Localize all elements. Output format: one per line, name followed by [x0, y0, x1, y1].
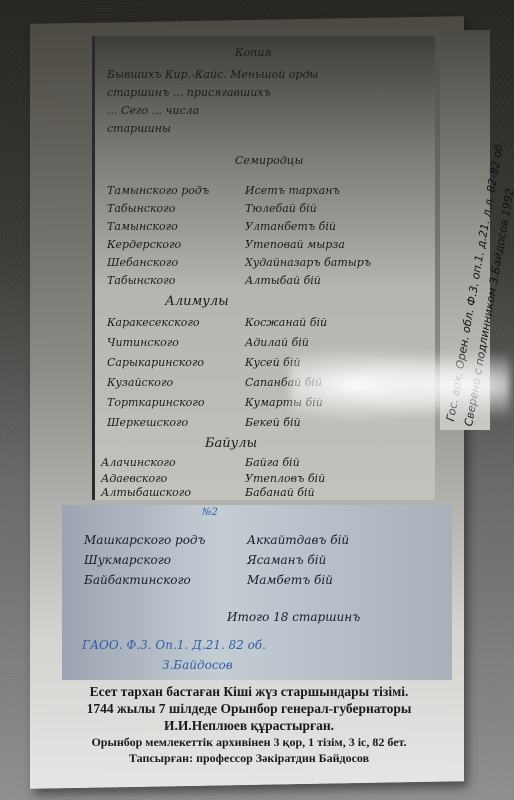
caption-line: 1744 жылы 7 шілдеде Орынбор генерал-губе… [34, 700, 464, 717]
doc-row-left: Торткаринского [107, 396, 204, 409]
doc-row-left: Каракесекского [107, 316, 200, 329]
doc-intro-line: Бывшихъ Кир.-Кайс. Меньшой орды [107, 68, 318, 81]
document-photo-bottom: №2 Машкарского родъ Аккайтдавъ бій Шукма… [62, 505, 452, 680]
doc-subheading: Байулы [205, 436, 257, 451]
doc-row-right: Утепловъ бій [245, 472, 325, 485]
doc-row-left: Машкарского родъ [84, 533, 206, 547]
doc-row-left: Кузайского [107, 376, 173, 389]
doc-total: Итого 18 старшинъ [227, 610, 360, 624]
doc-row-right: Косжанай бій [245, 316, 327, 329]
doc-row-left: Шебанского [107, 256, 178, 269]
doc-row-left: Табынского [107, 274, 175, 287]
doc-row-right: Тюлебай бій [245, 202, 317, 215]
doc-row-left: Шукмарского [84, 553, 171, 567]
doc-row-left: Байбактинского [84, 573, 191, 587]
doc-row-right: Аккайтдавъ бій [247, 533, 349, 547]
doc-row-right: Байга бій [245, 456, 300, 469]
archive-reference: ГАОО. Ф.3. Оп.1. Д.21. 82 об. [82, 638, 266, 652]
doc-intro-line: старшинъ ... присягавшихъ [107, 86, 271, 99]
exhibit-caption: Есет тархан бастаған Кіші жүз старшындар… [34, 683, 464, 766]
doc-intro-line: старшины [107, 122, 171, 135]
doc-row-right: Утеповай мырза [245, 238, 345, 251]
caption-line: И.И.Неплюев құрастырған. [34, 717, 464, 734]
document-photo-top: Копия Бывшихъ Кир.-Кайс. Меньшой орды ст… [92, 36, 435, 500]
doc-row-right: Исетъ тарханъ [245, 184, 340, 197]
doc-heading: Копия [235, 46, 272, 59]
light-glare [290, 340, 510, 430]
doc-row-left: Алачинского [101, 456, 176, 469]
doc-subheading: Семиродцы [235, 154, 303, 167]
doc-row-right: Алтыбай бій [245, 274, 321, 287]
caption-line: Орынбор мемлекеттік архивінен 3 қор, 1 т… [34, 734, 464, 750]
doc-subheading: Алимулы [165, 294, 229, 309]
doc-intro-line: ... Сего ... числа [107, 104, 199, 117]
doc-row-left: Алтыбашского [101, 486, 191, 499]
doc-row-left: Шеркешского [107, 416, 188, 429]
doc-row-right: Мамбетъ бій [247, 573, 333, 587]
doc-row-right: Ултанбетъ бій [245, 220, 336, 233]
doc-row-left: Читинского [107, 336, 179, 349]
doc-row-left: Кердерского [107, 238, 181, 251]
doc-row-right: Бабанай бій [245, 486, 315, 499]
signature: З.Байдосов [162, 658, 233, 672]
caption-line: Есет тархан бастаған Кіші жүз старшындар… [34, 683, 464, 700]
doc-row-left: Тамынского [107, 220, 178, 233]
doc-row-left: Табынского [107, 202, 175, 215]
doc-row-left: Тамынского родъ [107, 184, 209, 197]
caption-line: Тапсырған: профессор Зәкіратдин Байдосов [34, 750, 464, 766]
doc-row-left: Адаевского [101, 472, 167, 485]
doc-row-right: Ясаманъ бій [247, 553, 326, 567]
doc-row-right: Худайназаръ батыръ [245, 256, 371, 269]
page-mark: №2 [202, 507, 218, 518]
doc-row-left: Сарыкаринского [107, 356, 204, 369]
